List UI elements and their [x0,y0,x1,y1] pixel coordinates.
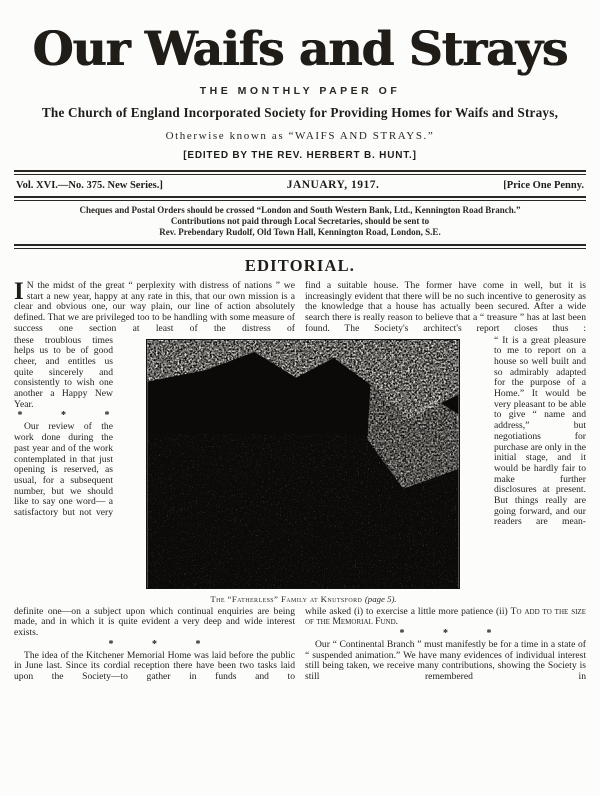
issue-date: JANUARY, 1917. [287,179,380,191]
masthead-tagline: THE MONTHLY PAPER OF [14,85,586,97]
star-separator: * * * [14,412,113,420]
notice-line-3: Rev. Prebendary Rudolf, Old Town Hall, K… [14,227,586,238]
edited-by-line: [EDITED BY THE REV. HERBERT B. HUNT.] [14,150,586,161]
left-bottom-paragraph-1: definite one—on a subject upon which con… [14,607,295,639]
right-top-paragraph: find a suitable house. The former have c… [305,280,586,334]
right-column-top: find a suitable house. The former have c… [305,281,586,335]
notice-line-2: Contributions not paid through Local Sec… [14,216,586,227]
left-narrow-paragraph-2: Our review of the work done during the p… [14,422,113,518]
group-photo [146,339,460,589]
right-bottom-paragraph-2: Our “ Continental Branch ” must manifest… [305,640,586,683]
left-column-bottom: definite one—on a subject upon which con… [14,607,295,683]
right-narrow-column: “ It is a great pleasure to me to report… [494,336,586,604]
notice-line-1: Cheques and Postal Orders should be cros… [14,205,586,216]
photo-zone: these troublous times helps us to be of … [14,336,586,604]
price-label: [Price One Penny. [503,180,584,191]
photo-block: The “Fatherless” Family at Knutsford (pa… [146,336,462,604]
editorial-bottom-columns: definite one—on a subject upon which con… [14,607,586,683]
star-separator: * * * [305,630,586,638]
star-separator: * * * [14,641,295,649]
left-top-paragraph: N the midst of the great “ perplexity wi… [14,280,295,334]
photo-caption: The “Fatherless” Family at Knutsford (pa… [146,594,462,604]
volume-number: Vol. XVI.—No. 375. New Series.] [16,180,163,191]
divider-rule [14,244,586,249]
otherwise-known-line: Otherwise known as “WAIFS AND STRAYS.” [14,130,586,142]
left-column-top: IN the midst of the great “ perplexity w… [14,281,295,335]
left-narrow-paragraph-1: these troublous times helps us to be of … [14,336,113,411]
left-bottom-paragraph-2: The idea of the Kitchener Memorial Home … [14,651,295,683]
notices-block: Cheques and Postal Orders should be cros… [14,201,586,241]
masthead-title: Our Waifs and Strays [14,22,586,78]
left-narrow-column: these troublous times helps us to be of … [14,336,113,604]
society-line: The Church of England Incorporated Socie… [20,105,581,121]
right-column-bottom: while asked (i) to exercise a little mor… [305,607,586,683]
editorial-heading: EDITORIAL. [14,256,586,276]
photo-caption-text: The “Fatherless” Family at Knutsford [210,594,365,604]
issue-bar: Vol. XVI.—No. 375. New Series.] JANUARY,… [14,175,586,194]
dropcap-initial: I [14,281,27,301]
right-bottom-paragraph-1: while asked (i) to exercise a little mor… [305,607,586,628]
right-bottom-text: while asked (i) to exercise a little mor… [305,606,511,617]
right-narrow-paragraph: “ It is a great pleasure to me to report… [494,336,586,529]
editorial-top-columns: IN the midst of the great “ perplexity w… [14,281,586,335]
newspaper-page: Our Waifs and Strays THE MONTHLY PAPER O… [0,0,600,796]
photo-caption-pageref: (page 5). [365,594,397,604]
